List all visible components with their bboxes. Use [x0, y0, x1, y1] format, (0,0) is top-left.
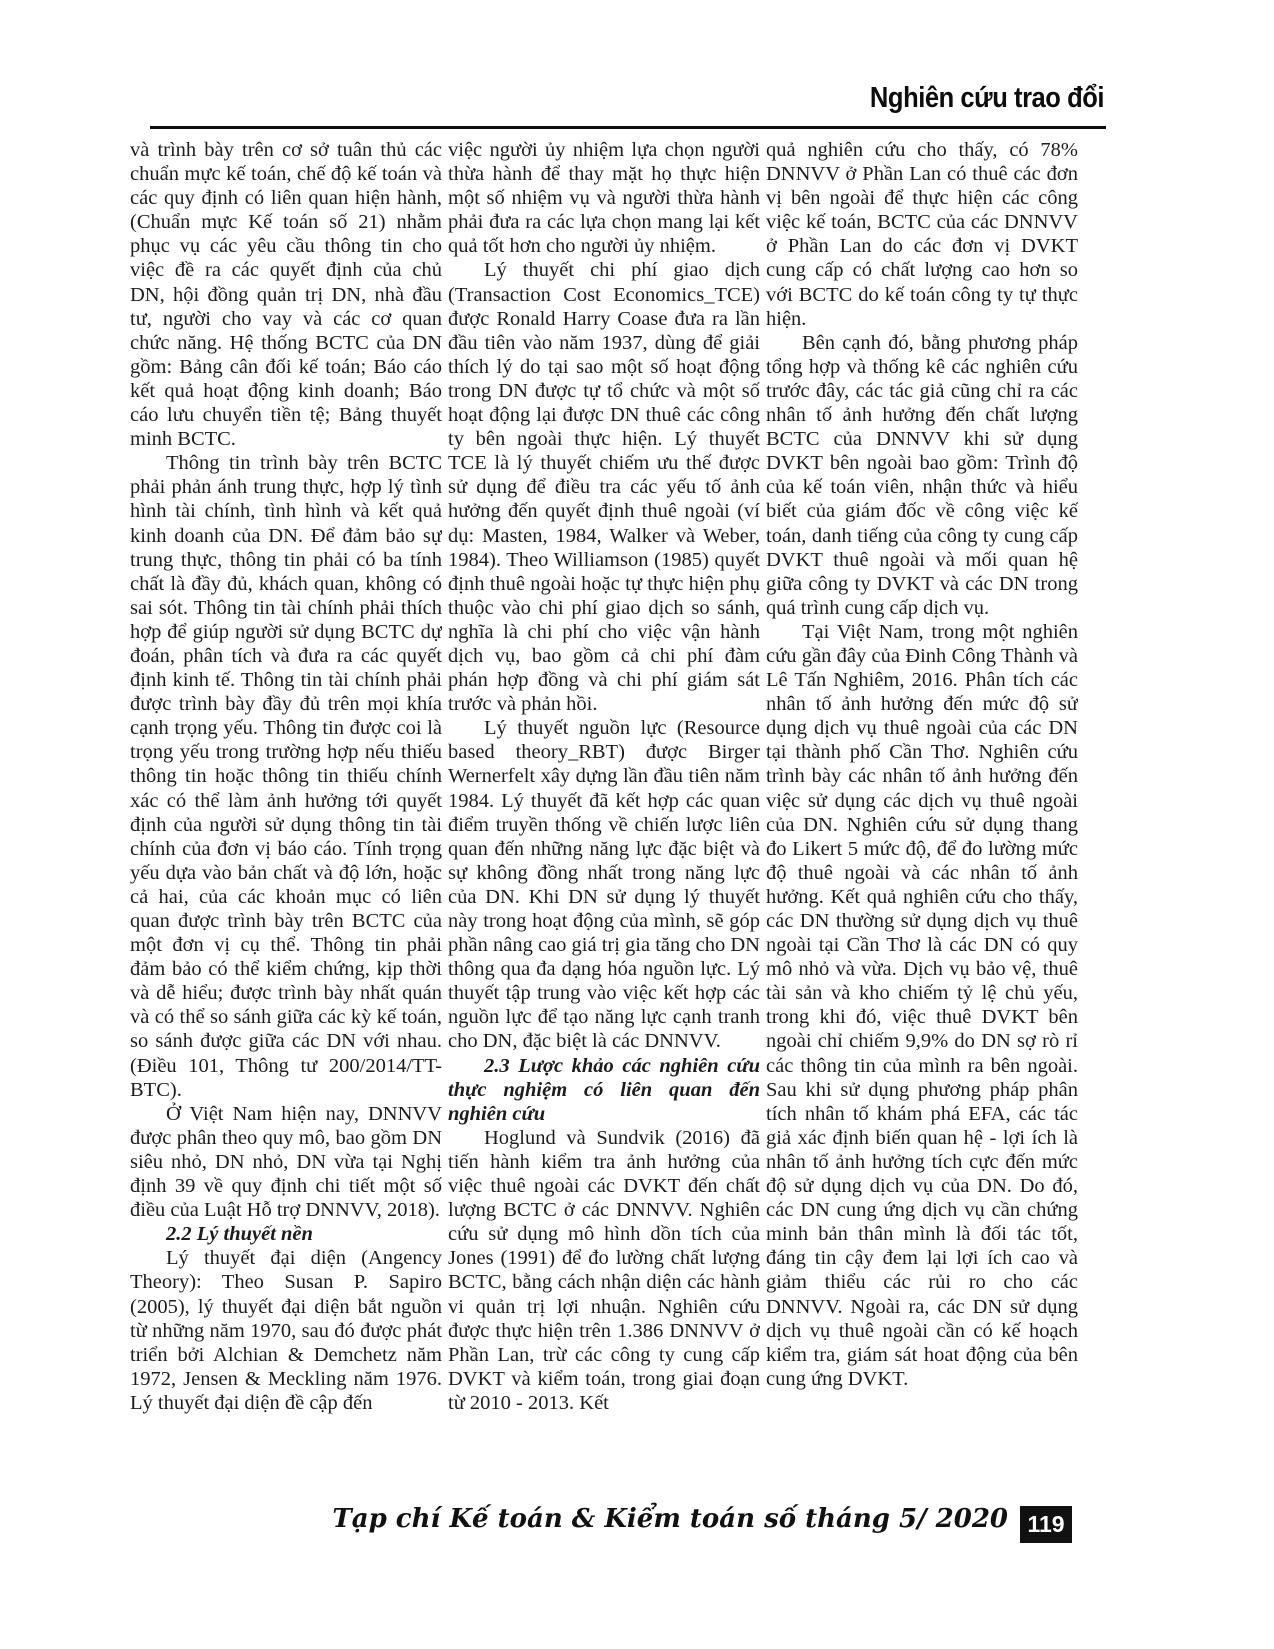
paragraph: Tại Việt Nam, trong một nghiên cứu gần đ…: [766, 620, 1078, 1391]
paragraph: Lý thuyết nguồn lực (Resource based theo…: [448, 716, 760, 1053]
page-number: 119: [1027, 1511, 1064, 1538]
subsection-heading: 2.2 Lý thuyết nền: [130, 1222, 442, 1246]
paragraph: việc người ủy nhiệm lựa chọn người thừa …: [448, 138, 760, 258]
paragraph: Hoglund và Sundvik (2016) đã tiến hành k…: [448, 1126, 760, 1415]
paragraph: Thông tin trình bày trên BCTC phải phản …: [130, 451, 442, 1102]
column-1: và trình bày trên cơ sở tuân thủ các chu…: [130, 138, 442, 1440]
column-3: quả nghiên cứu cho thấy, có 78% DNNVV ở …: [766, 138, 1078, 1440]
paragraph: Ở Việt Nam hiện nay, DNNVV được phân the…: [130, 1102, 442, 1222]
section-header: Nghiên cứu trao đổi: [870, 82, 1104, 115]
paragraph: quả nghiên cứu cho thấy, có 78% DNNVV ở …: [766, 138, 1078, 331]
article-body: và trình bày trên cơ sở tuân thủ các chu…: [130, 138, 1078, 1440]
column-2: việc người ủy nhiệm lựa chọn người thừa …: [448, 138, 760, 1440]
paragraph: Bên cạnh đó, bằng phương pháp tổng hợp v…: [766, 331, 1078, 620]
subsection-heading: 2.3 Lược khảo các nghiên cứu thực nghiệm…: [448, 1054, 760, 1126]
header-rule-divider: [150, 126, 1106, 129]
paragraph: Lý thuyết chi phí giao dịch (Transaction…: [448, 258, 760, 716]
journal-page: Nghiên cứu trao đổi và trình bày trên cơ…: [0, 0, 1274, 1649]
page-number-badge: 119: [1020, 1506, 1072, 1543]
paragraph: và trình bày trên cơ sở tuân thủ các chu…: [130, 138, 442, 451]
paragraph: Lý thuyết đại diện (Angency Theory): The…: [130, 1246, 442, 1415]
footer-journal-title: Tạp chí Kế toán & Kiểm toán số tháng 5/ …: [0, 1504, 1008, 1534]
